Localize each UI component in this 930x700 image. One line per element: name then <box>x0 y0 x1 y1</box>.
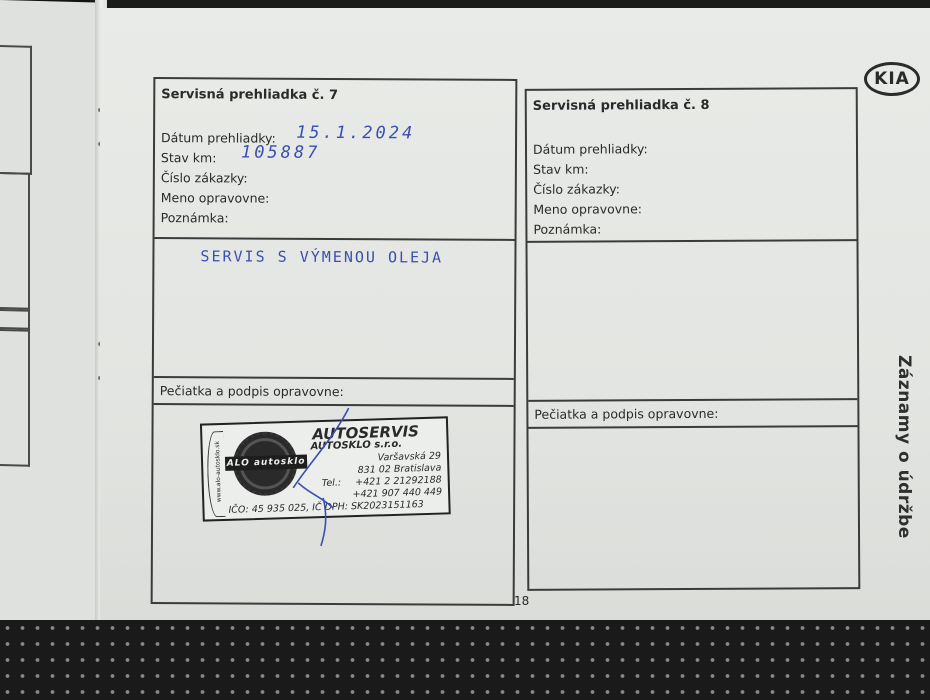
stamp-web: www.alo-autosklo.sk <box>214 432 223 512</box>
note-label: Poznámka: <box>161 210 229 225</box>
workshop-label: Meno opravovne: <box>533 201 642 217</box>
section-title: Záznamy o údržbe <box>894 355 914 539</box>
date-value: 15.1.2024 <box>296 123 415 144</box>
km-label: Stav km: <box>161 150 217 165</box>
stamp-area <box>528 427 858 599</box>
order-field: Číslo zákazky: <box>533 178 848 200</box>
stamp-street: Varšavská 29 <box>377 451 441 464</box>
stamp-ids: IČO: 45 935 025, IČ DPH: SK2023151163 <box>228 499 424 516</box>
stamp-label: Pečiatka a podpis opravovne: <box>154 378 514 407</box>
left-page-box <box>0 327 30 467</box>
kia-logo-icon: KIA <box>864 62 920 96</box>
stamp-tel-label: Tel.: <box>322 477 342 489</box>
record-header: Servisná prehliadka č. 7 Dátum prehliadk… <box>155 79 516 241</box>
workshop-field: Meno opravovne: <box>533 198 848 220</box>
stamp-area: www.alo-autosklo.sk ALO autosklo AUTOSER… <box>153 405 514 577</box>
record-header: Servisná prehliadka č. 8 Dátum prehliadk… <box>527 89 857 243</box>
stamp-logo-band: ALO autosklo <box>225 454 307 470</box>
note-value: SERVIS S VÝMENOU OLEJA <box>200 247 443 266</box>
order-label: Číslo zákazky: <box>533 181 620 196</box>
note-field: Poznámka: <box>161 208 507 230</box>
stamp-label: Pečiatka a podpis opravovne: <box>528 400 857 429</box>
km-label: Stav km: <box>533 162 589 177</box>
km-field: Stav km: <box>533 158 848 180</box>
note-area <box>527 241 857 402</box>
date-label: Dátum prehliadky: <box>533 141 648 157</box>
order-field: Číslo zákazky: <box>161 168 507 190</box>
note-label: Poznámka: <box>533 221 601 236</box>
note-area: SERVIS S VÝMENOU OLEJA <box>154 239 515 380</box>
left-page-box <box>0 45 32 175</box>
date-field: Dátum prehliadky: <box>533 138 848 160</box>
km-value: 105887 <box>241 143 321 163</box>
workshop-stamp: www.alo-autosklo.sk ALO autosklo AUTOSER… <box>200 416 451 521</box>
km-field: Stav km: 105887 <box>161 148 507 170</box>
service-record-8: Servisná prehliadka č. 8 Dátum prehliadk… <box>525 87 861 591</box>
stamp-company: AUTOSKLO s.r.o. <box>311 439 403 453</box>
date-field: Dátum prehliadky: 15.1.2024 <box>161 128 507 150</box>
service-record-7: Servisná prehliadka č. 7 Dátum prehliadk… <box>151 77 518 606</box>
left-page <box>0 0 100 653</box>
stamp-phone2: +421 907 440 449 <box>352 487 442 501</box>
workshop-field: Meno opravovne: <box>161 188 507 210</box>
record-title: Servisná prehliadka č. 8 <box>533 97 848 114</box>
note-field: Poznámka: <box>533 218 848 240</box>
order-label: Číslo zákazky: <box>161 170 248 185</box>
record-title: Servisná prehliadka č. 7 <box>161 87 507 104</box>
workshop-label: Meno opravovne: <box>161 190 270 206</box>
left-page-box <box>0 172 30 312</box>
stamp-side: www.alo-autosklo.sk <box>206 431 226 517</box>
car-seat-fabric <box>0 620 930 700</box>
page-number: 18 <box>514 594 529 608</box>
